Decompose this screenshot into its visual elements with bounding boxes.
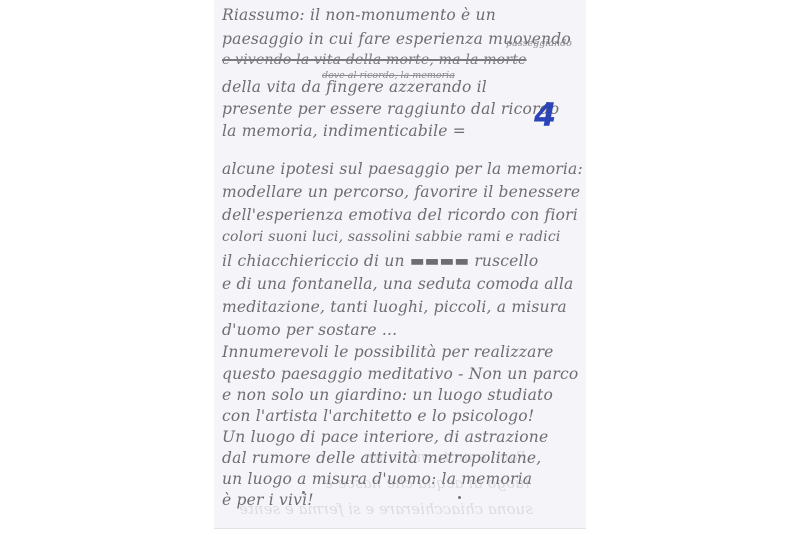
handwritten-line: la memoria, indimenticabile = bbox=[222, 122, 466, 140]
handwritten-line: d'uomo per sostare ... bbox=[222, 321, 397, 339]
handwritten-line: è per i vivi! bbox=[222, 491, 314, 509]
handwritten-line: questo paesaggio meditativo - Non un par… bbox=[222, 365, 578, 383]
handwritten-line: il chiacchiericcio di un ▬▬▬▬ ruscello bbox=[222, 252, 538, 270]
ink-speck bbox=[302, 491, 305, 494]
insertion-note: passeggiando bbox=[506, 38, 572, 49]
struck-line: e vivendo la vita della morte, ma la mor… bbox=[222, 52, 527, 68]
handwritten-line: e di una fontanella, una seduta comoda a… bbox=[222, 275, 573, 293]
handwritten-line: dal rumore delle attività metropolitane, bbox=[222, 449, 541, 467]
ink-speck bbox=[458, 496, 461, 499]
handwritten-line: con l'artista l'architetto e lo psicolog… bbox=[222, 407, 534, 425]
notebook-page: Pace e un turno in un luogo di acqua che… bbox=[214, 0, 586, 528]
handwritten-line: modellare un percorso, favorire il benes… bbox=[222, 183, 580, 201]
handwritten-line: meditazione, tanti luoghi, piccoli, a mi… bbox=[222, 298, 567, 316]
handwritten-line: colori suoni luci, sassolini sabbie rami… bbox=[222, 229, 561, 245]
handwritten-line: Riassumo: il non-monumento è un bbox=[222, 6, 496, 24]
handwritten-line: un luogo a misura d'uomo: la memoria bbox=[222, 470, 532, 488]
handwritten-line: alcune ipotesi sul paesaggio per la memo… bbox=[222, 160, 583, 178]
handwritten-line: dell'esperienza emotiva del ricordo con … bbox=[222, 206, 578, 224]
handwritten-line: presente per essere raggiunto dal ricord… bbox=[222, 100, 559, 118]
page-number: 4 bbox=[534, 96, 556, 134]
handwritten-line: Un luogo di pace interiore, di astrazion… bbox=[222, 428, 548, 446]
handwritten-line: Innumerevoli le possibilità per realizza… bbox=[222, 343, 554, 361]
handwritten-line: della vita da fingere azzerando il bbox=[222, 78, 487, 96]
handwritten-line: e non solo un giardino: un luogo studiat… bbox=[222, 386, 553, 404]
